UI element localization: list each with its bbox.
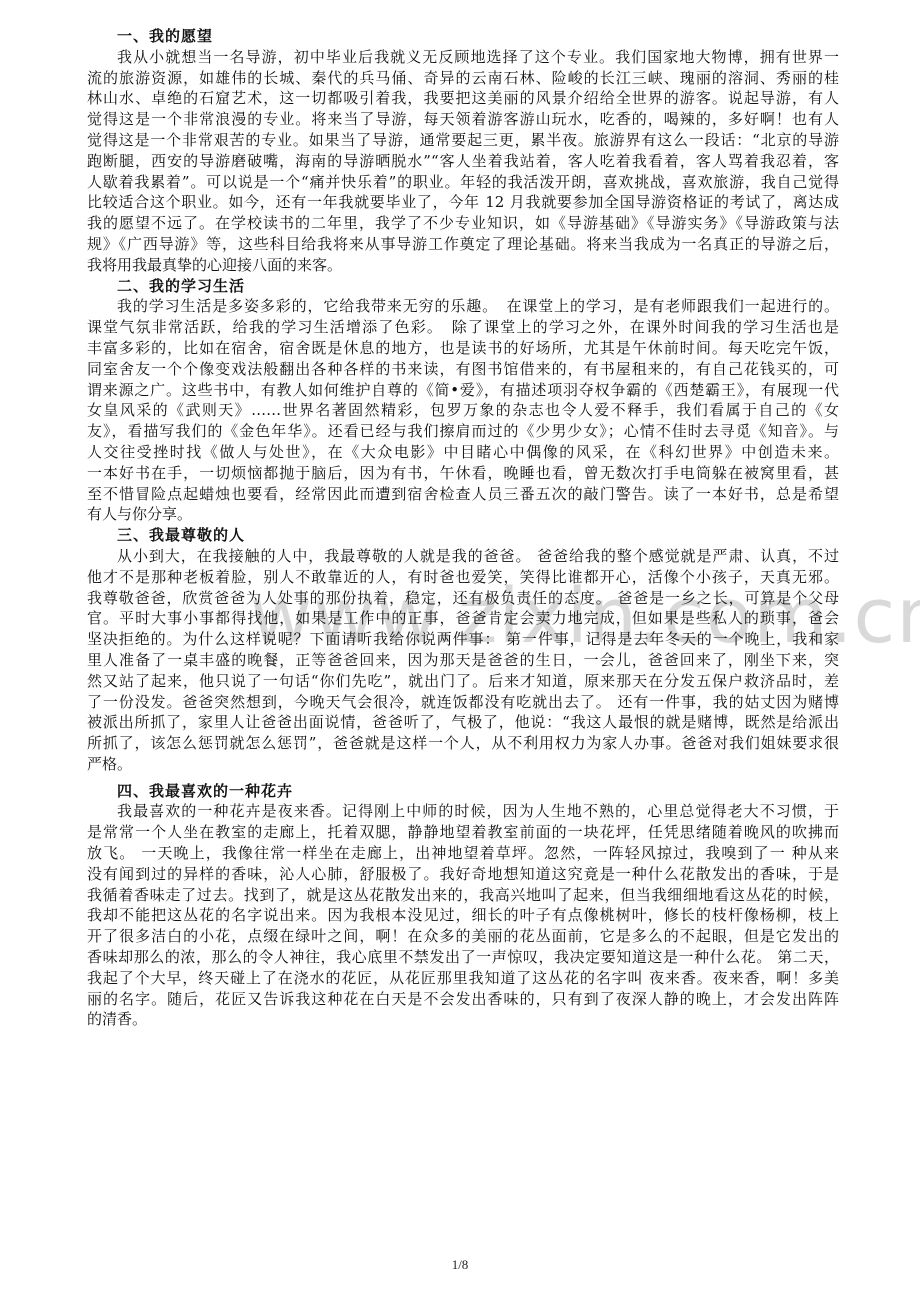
section: 二、我的学习生活我的学习生活是多姿多彩的，它给我带来无穷的乐趣。 在课堂上的学习… [87,276,839,526]
text-line: 香味却那么的浓，那么的令人神往，我心底里不禁发出了一声惊叹，我决定要知道这是一种… [87,947,839,968]
section: 四、我最喜欢的一种花卉我最喜欢的一种花卉是夜来香。记得刚上中师的时候，因为人生地… [87,781,839,1031]
section-heading: 一、我的愿望 [87,26,839,47]
text-line: 他才不是那种老板着脸，别人不敢靠近的人，有时爸也爱笑，笑得比谁都开心，活像个小孩… [87,567,839,588]
text-line: 友》，看描写我们的《金色年华》。还看已经与我们擦肩而过的《少男少女》；心情不佳时… [87,421,839,442]
page-number: 1/8 [0,1257,920,1273]
text-line: 的清香。 [87,1009,839,1030]
text-line: 林山水、卓绝的石窟艺术，这一切都吸引着我，我要把这美丽的风景介绍给全世界的游客。… [87,88,839,109]
text-line: 我从小就想当一名导游，初中毕业后我就义无反顾地选择了这个专业。我们国家地大物博，… [87,47,839,68]
text-line: 一本好书在手，一切烦恼都抛于脑后，因为有书，午休看，晚睡也看，曾无数次打手电筒躲… [87,463,839,484]
text-line: 丰富多彩的，比如在宿舍，宿舍既是休息的地方，也是读书的好场所，尤其是午休前时间。… [87,338,839,359]
text-line: 所抓了，该怎么惩罚就怎么惩罚”，爸爸就是这样一个人，从不利用权力为家人办事。爸爸… [87,733,839,754]
text-line: 了一份没发。爸爸突然想到，今晚天气会很冷，就连饭都没有吃就出去了。 还有一件事，… [87,692,839,713]
section-paragraph: 我最喜欢的一种花卉是夜来香。记得刚上中师的时候，因为人生地不熟的，心里总觉得老大… [87,801,839,1030]
text-line: 被派出所抓了，家里人让爸爸出面说情，爸爸听了，气极了，他说：“我这人最恨的就是赌… [87,712,839,733]
text-line: 觉得这是一个非常艰苦的专业。如果当了导游，通常要起三更，累半夜。旅游界有这么一段… [87,130,839,151]
text-line: 女皇风采的《武则天》……世界名著固然精彩，包罗万象的杂志也令人爱不释手，我们看属… [87,400,839,421]
text-line: 开了很多洁白的小花，点缀在绿叶之间，啊！在众多的美丽的花丛面前，它是多么的不起眼… [87,926,839,947]
text-line: 官。平时大事小事都得找他，如果是工作中的正事，爸爸肯定会卖力地完成，但如果是些私… [87,608,839,629]
text-line: 是常常一个人坐在教室的走廊上，托着双腮，静静地望着教室前面的一块花坪，任凭思绪随… [87,822,839,843]
section: 三、我最尊敬的人从小到大，在我接触的人中，我最尊敬的人就是我的爸爸。 爸爸给我的… [87,525,839,781]
text-line: 流的旅游资源，如雄伟的长城、秦代的兵马俑、奇异的云南石林、险峻的长江三峡、瑰丽的… [87,68,839,89]
text-line: 规》《广西导游》等，这些科目给我将来从事导游工作奠定了理论基础。将来当我成为一名… [87,234,839,255]
text-line: 比较适合这个职业。如今，还有一年我就要毕业了，今年 12 月我就要参加全国导游资… [87,192,839,213]
text-line: 里人准备了一桌丰盛的晚餐，正等爸爸回来，因为那天是爸爸的生日，一会儿，爸爸回来了… [87,650,839,671]
text-line: 我循着香味走了过去。找到了，就是这丛花散发出来的，我高兴地叫了起来，但当我细细地… [87,885,839,906]
text-line: 人交往受挫时找《做人与处世》，在《大众电影》中目睹心中偶像的风采，在《科幻世界》… [87,442,839,463]
section-heading: 三、我最尊敬的人 [87,525,839,546]
section: 一、我的愿望我从小就想当一名导游，初中毕业后我就义无反顾地选择了这个专业。我们国… [87,26,839,276]
section-paragraph: 从小到大，在我接触的人中，我最尊敬的人就是我的爸爸。 爸爸给我的整个感觉就是严肃… [87,546,839,775]
section-heading: 二、我的学习生活 [87,276,839,297]
document-page: 一、我的愿望我从小就想当一名导游，初中毕业后我就义无反顾地选择了这个专业。我们国… [87,26,839,1030]
section-paragraph: 我的学习生活是多姿多彩的，它给我带来无穷的乐趣。 在课堂上的学习，是有老师跟我们… [87,296,839,525]
text-line: 我最喜欢的一种花卉是夜来香。记得刚上中师的时候，因为人生地不熟的，心里总觉得老大… [87,801,839,822]
text-line: 人歇着我累着”。可以说是一个“痛并快乐着”的职业。年轻的我活泼开朗，喜欢挑战，喜… [87,172,839,193]
text-line: 我起了个大早，终天碰上了在浇水的花匠，从花匠那里我知道了这丛花的名字叫 夜来香。… [87,968,839,989]
text-line: 我的愿望不远了。在学校读书的二年里，我学了不少专业知识，如《导游基础》《导游实务… [87,213,839,234]
text-line: 有人与你分享。 [87,504,839,525]
text-line: 觉得这是一个非常浪漫的专业。将来当了导游，每天领着游客游山玩水，吃香的，喝辣的，… [87,109,839,130]
text-line: 严格。 [87,754,839,775]
text-line: 课堂气氛非常活跃，给我的学习生活增添了色彩。 除了课堂上的学习之外，在课外时间我… [87,317,839,338]
text-line: 我却不能把这丛花的名字说出来。因为我根本没见过，细长的叶子有点像桃树叶，修长的枝… [87,905,839,926]
section-heading: 四、我最喜欢的一种花卉 [87,781,839,802]
section-paragraph: 我从小就想当一名导游，初中毕业后我就义无反顾地选择了这个专业。我们国家地大物博，… [87,47,839,276]
text-line: 坚决拒绝的。为什么这样说呢？下面请听我给你说两件事： 第一件事，记得是去年冬天的… [87,629,839,650]
text-line: 我的学习生活是多姿多彩的，它给我带来无穷的乐趣。 在课堂上的学习，是有老师跟我们… [87,296,839,317]
text-line: 丽的名字。随后，花匠又告诉我这种花在白天是不会发出香味的，只有到了夜深人静的晚上… [87,989,839,1010]
text-line: 同室舍友一个个像变戏法般翻出各种各样的书来读，有图书馆借来的，有书屋租来的，有自… [87,359,839,380]
text-line: 放飞。 一天晚上，我像往常一样坐在走廊上，出神地望着草坪。忽然，一阵轻风掠过，我… [87,843,839,864]
text-line: 然又站了起来，他只说了一句话“你们先吃”，就出门了。后来才知道，原来那天在分发五… [87,671,839,692]
text-line: 跑断腿，西安的导游磨破嘴，海南的导游晒脱水”“客人坐着我站着，客人吃着我看着，客… [87,151,839,172]
text-line: 至不惜冒险点起蜡烛也要看，经常因此而遭到宿舍检查人员三番五次的敲门警告。读了一本… [87,484,839,505]
text-line: 我尊敬爸爸，欣赏爸爸为人处事的那份执着，稳定，还有极负责任的态度。 爸爸是一乡之… [87,588,839,609]
text-line: 谓来源之广。这些书中，有教人如何维护自尊的《简•爱》，有描述项羽夺权争霸的《西楚… [87,380,839,401]
text-line: 没有闻到过的异样的香味，沁人心肺，舒服极了。我好奇地想知道这究竟是一种什么花散发… [87,864,839,885]
text-line: 我将用我最真挚的心迎接八面的来客。 [87,255,839,276]
text-line: 从小到大，在我接触的人中，我最尊敬的人就是我的爸爸。 爸爸给我的整个感觉就是严肃… [87,546,839,567]
